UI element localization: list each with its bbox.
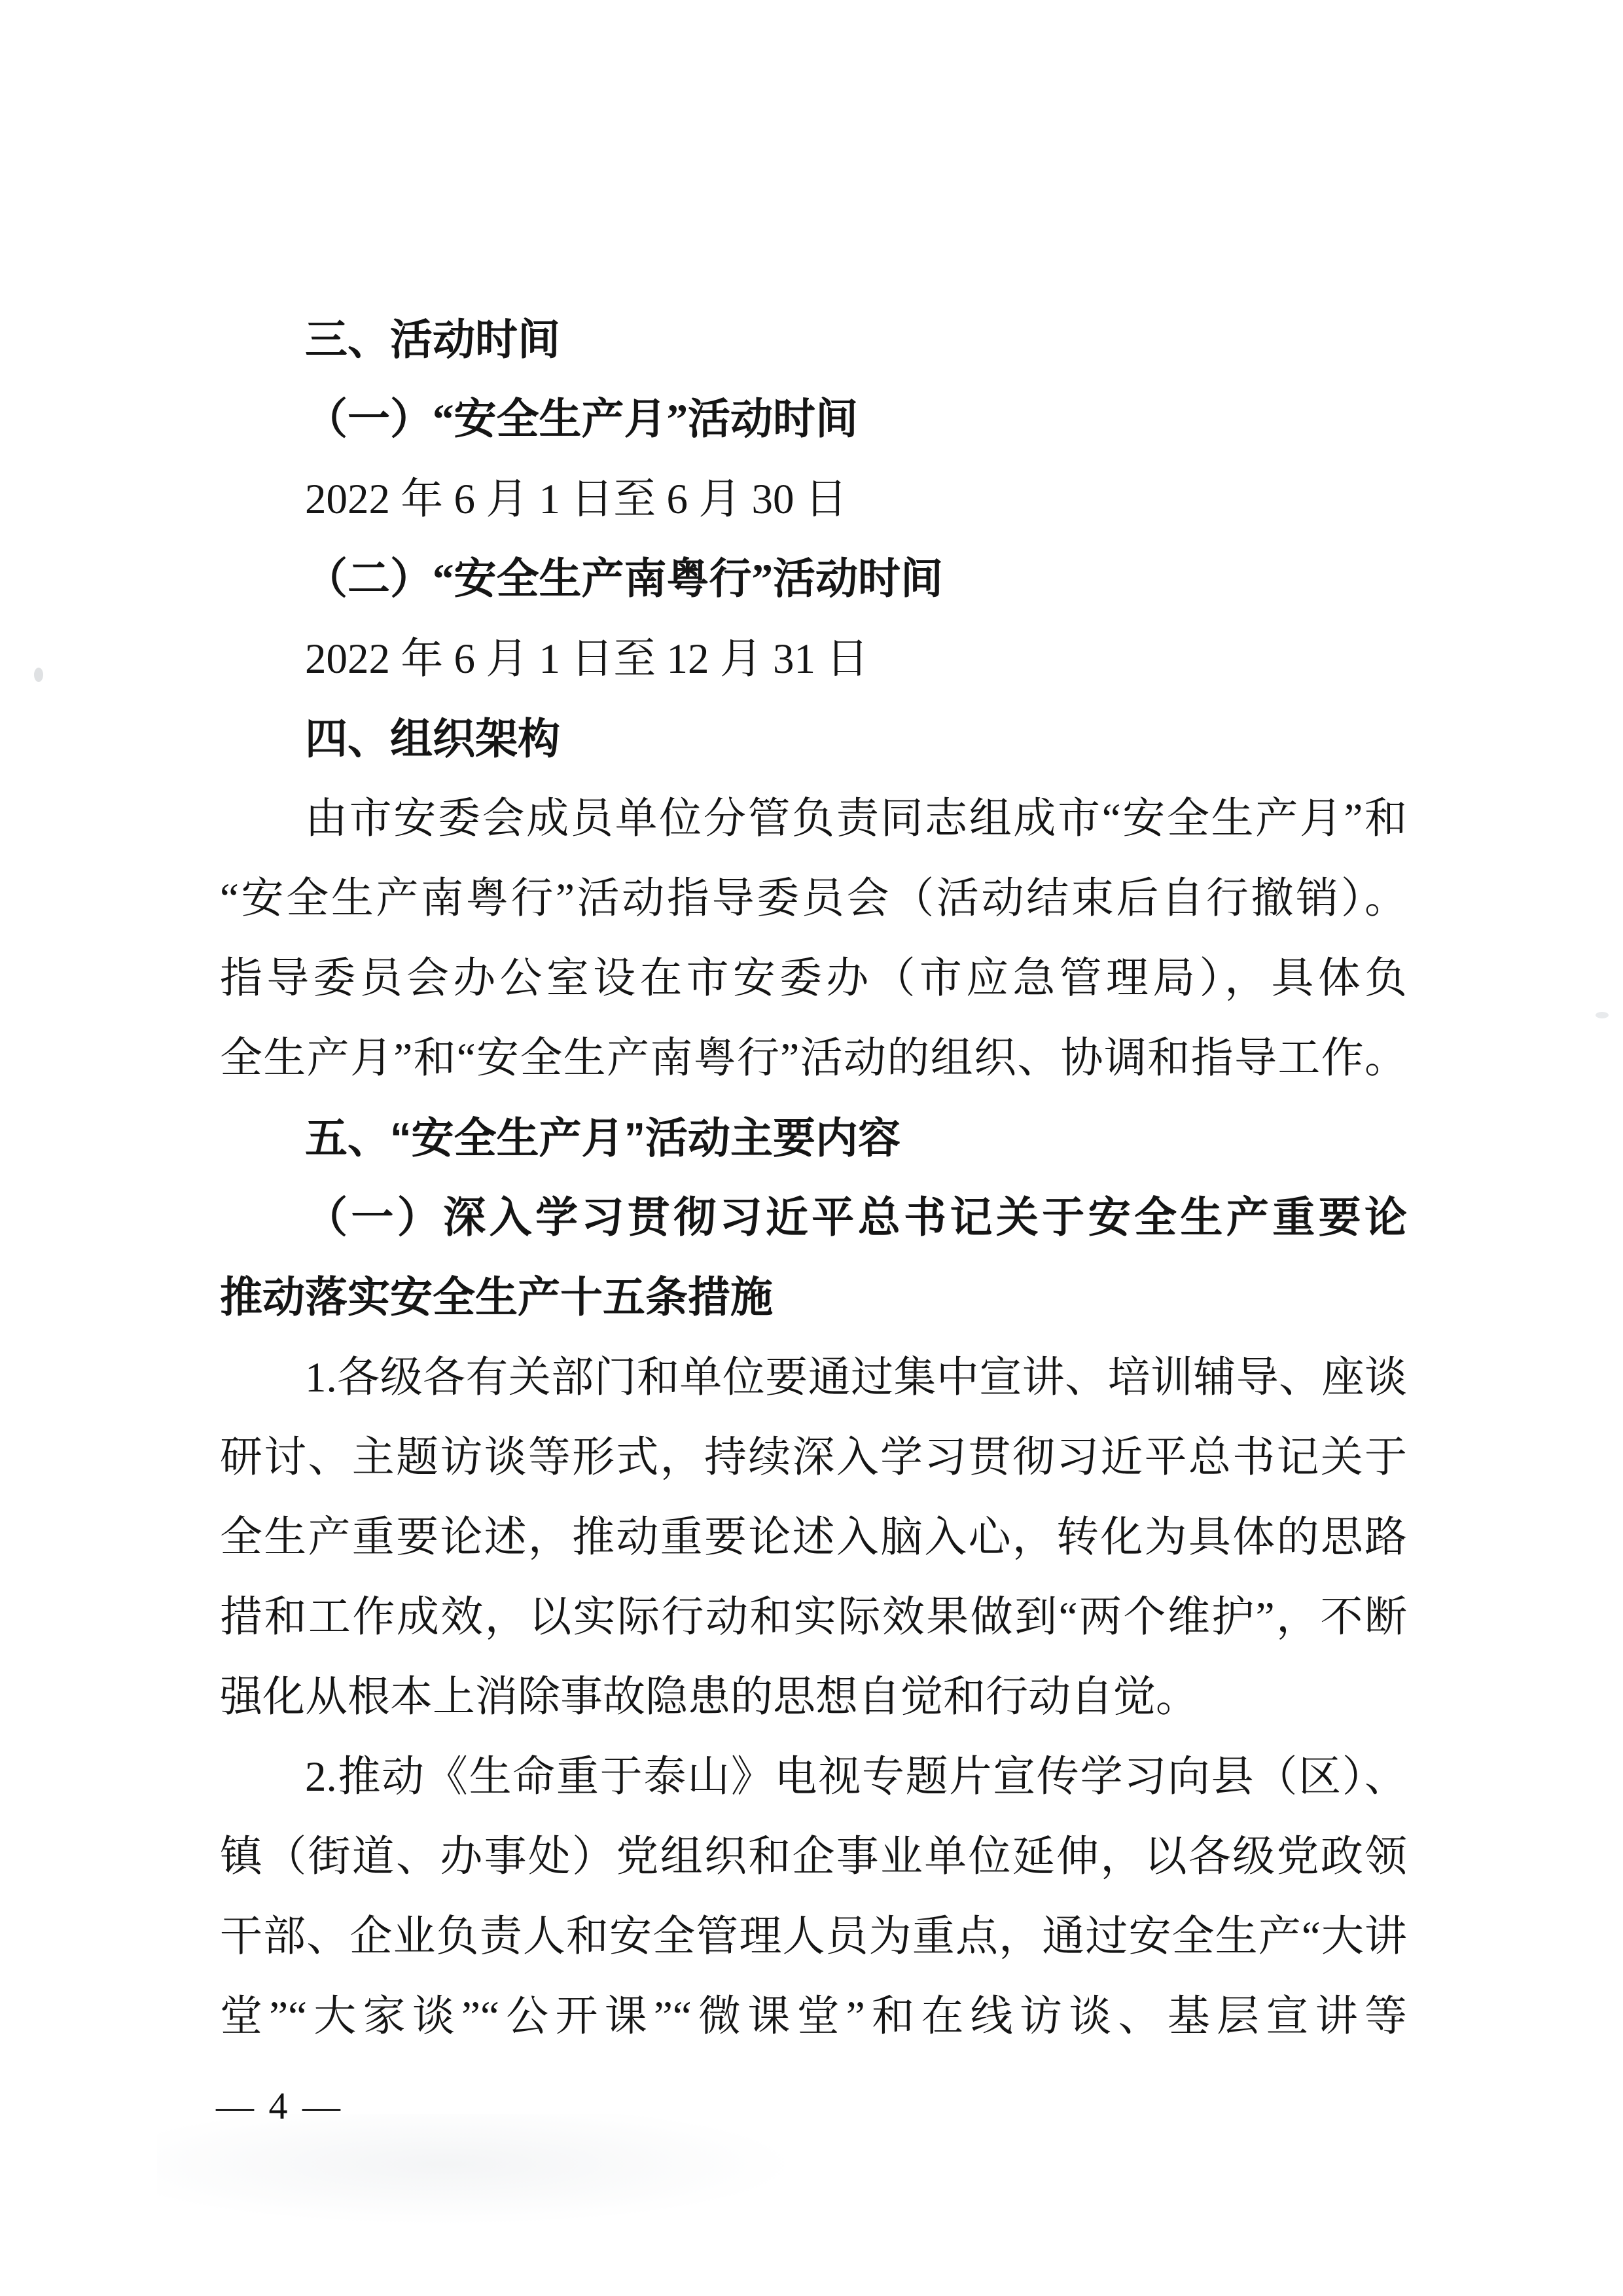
item-1-line-1: 1.各级各有关部门和单位要通过集中宣讲、培训辅导、座谈 [220,1338,1407,1418]
paragraph-4-line-4: 全生产月”和“安全生产南粤行”活动的组织、协调和指导工作。 [220,1018,1407,1098]
scan-speck-right [1596,1012,1609,1018]
subheading-3-2: （二）“安全生产南粤行”活动时间 [220,539,1407,619]
item-2-line-3: 干部、企业负责人和安全管理人员为重点，通过安全生产“大讲 [220,1897,1407,1977]
section-heading-5: 五、“安全生产月”活动主要内容 [220,1098,1407,1178]
document-body: 三、活动时间 （一）“安全生产月”活动时间 2022 年 6 月 1 日至 6 … [220,300,1407,2056]
scan-speck-left [34,668,43,682]
item-2-line-4: 堂”“大家谈”“公开课”“微课堂”和在线访谈、基层宣讲等 [220,1977,1407,2056]
page-number: — 4 — [216,2080,343,2132]
subheading-5-1-line-2: 推动落实安全生产十五条措施 [220,1258,1407,1338]
item-1-line-3: 全生产重要论述，推动重要论述入脑入心，转化为具体的思路举 [220,1498,1407,1577]
subheading-5-1-line-1: （一）深入学习贯彻习近平总书记关于安全生产重要论述， [220,1178,1407,1258]
item-1-line-5: 强化从根本上消除事故隐患的思想自觉和行动自觉。 [220,1657,1407,1737]
section-heading-3: 三、活动时间 [220,300,1407,380]
date-range-campaign: 2022 年 6 月 1 日至 12 月 31 日 [220,619,1407,699]
paragraph-4-line-3: 指导委员会办公室设在市安委办（市应急管理局），具体负责“安 [220,939,1407,1018]
paragraph-4-line-2: “安全生产南粤行”活动指导委员会（活动结束后自行撤销）。 [220,859,1407,939]
subheading-3-1: （一）“安全生产月”活动时间 [220,380,1407,459]
section-heading-4: 四、组织架构 [220,699,1407,779]
document-page: 三、活动时间 （一）“安全生产月”活动时间 2022 年 6 月 1 日至 6 … [0,0,1623,2296]
paragraph-4-line-1: 由市安委会成员单位分管负责同志组成市“安全生产月”和 [220,779,1407,859]
item-1-line-4: 措和工作成效，以实际行动和实际效果做到“两个维护”，不断 [220,1577,1407,1657]
item-2-line-1: 2.推动《生命重于泰山》电视专题片宣传学习向县（区）、 [220,1737,1407,1817]
date-range-month: 2022 年 6 月 1 日至 6 月 30 日 [220,459,1407,539]
item-2-line-2: 镇（街道、办事处）党组织和企事业单位延伸，以各级党政领导 [220,1817,1407,1897]
item-1-line-2: 研讨、主题访谈等形式，持续深入学习贯彻习近平总书记关于安 [220,1418,1407,1498]
